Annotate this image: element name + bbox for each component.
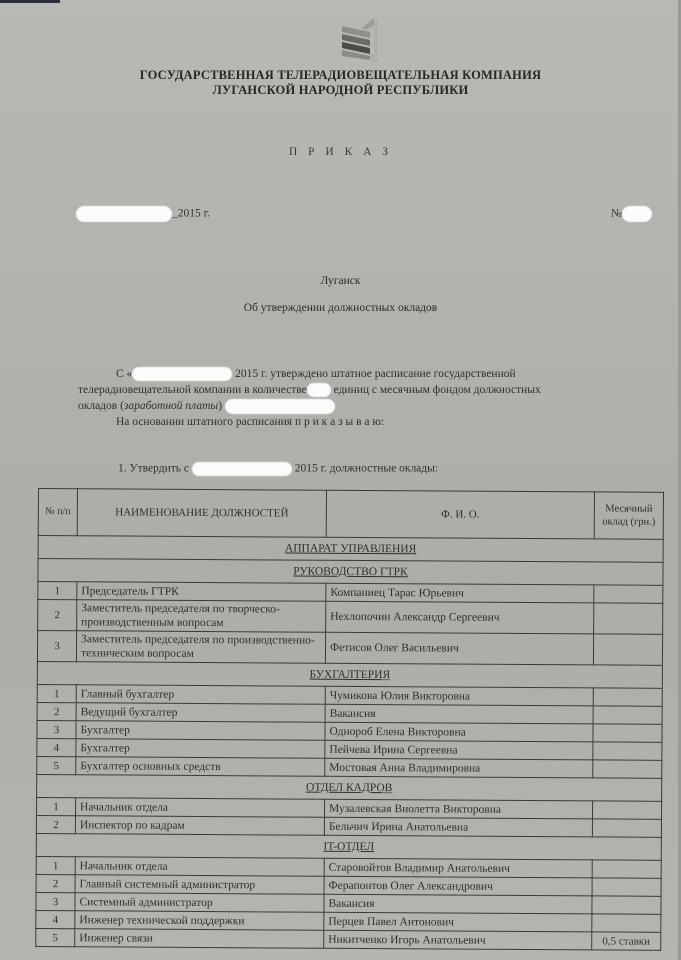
position-cell: Начальник отдела bbox=[75, 798, 324, 818]
col-header-fio: Ф. И. О. bbox=[326, 490, 594, 539]
fio-cell: Старовойтов Владимир Анатольевич bbox=[324, 858, 592, 878]
preamble-text: телерадиовещательной компании в количест… bbox=[78, 384, 307, 396]
position-cell: Заместитель председателя по творческо-пр… bbox=[77, 600, 326, 633]
order-number-label: № bbox=[611, 208, 622, 220]
item-text: 1. Утвердить с bbox=[118, 463, 189, 475]
row-number: 5 bbox=[37, 756, 76, 774]
order-city: Луганск bbox=[0, 275, 681, 287]
table-row: 2Заместитель председателя по творческо-п… bbox=[38, 600, 663, 635]
redacted-count bbox=[307, 383, 331, 397]
salary-cell bbox=[594, 585, 663, 603]
fio-cell: Однороб Елена Викторовна bbox=[325, 722, 593, 742]
col-header-salary: Месячный оклад (грн.) bbox=[594, 492, 663, 539]
staff-salary-table: № п/п НАИМЕНОВАНИЕ ДОЛЖНОСТЕЙ Ф. И. О. М… bbox=[35, 488, 664, 951]
salary-cell bbox=[592, 914, 661, 932]
fio-cell: Никитченко Игорь Анатольевич bbox=[324, 930, 592, 950]
salary-cell bbox=[593, 688, 662, 706]
position-cell: Инспектор по кадрам bbox=[75, 816, 324, 836]
salary-cell bbox=[593, 706, 662, 724]
preamble-paragraph: С « 2015 г. утверждено штатное расписани… bbox=[78, 366, 668, 430]
position-cell: Главный системный администратор bbox=[75, 875, 324, 895]
position-cell: Председатель ГТРК bbox=[77, 582, 326, 602]
position-cell: Инженер связи bbox=[75, 929, 324, 949]
row-number: 1 bbox=[36, 797, 75, 815]
fio-cell: Вакансия bbox=[324, 894, 592, 914]
background-edge bbox=[0, 0, 60, 3]
row-number: 3 bbox=[37, 720, 76, 738]
redacted-number bbox=[622, 206, 652, 222]
row-number: 1 bbox=[37, 684, 76, 702]
fio-cell: Мостовая Анна Владимировна bbox=[325, 758, 593, 778]
order-date: _2015 г. bbox=[76, 206, 210, 222]
row-number: 2 bbox=[36, 874, 75, 892]
redacted-amount bbox=[225, 399, 335, 414]
fio-cell: Перцев Павел Антонович bbox=[324, 912, 592, 932]
table-row: 5Инженер связиНикитченко Игорь Анатольев… bbox=[36, 928, 661, 950]
order-subject: Об утверждении должностных окладов bbox=[0, 302, 681, 314]
preamble-text: единиц с месячным фондом должностных bbox=[334, 384, 541, 396]
order-directive: На основании штатного расписания п р и к… bbox=[78, 414, 668, 430]
row-number: 2 bbox=[38, 600, 77, 631]
org-name-line1: ГОСУДАРСТВЕННАЯ ТЕЛЕРАДИОВЕЩАТЕЛЬНАЯ КОМ… bbox=[0, 68, 681, 83]
salary-cell bbox=[592, 878, 661, 896]
row-number: 1 bbox=[38, 582, 77, 600]
redacted-date bbox=[192, 462, 292, 476]
row-number: 5 bbox=[36, 928, 75, 946]
row-number: 3 bbox=[36, 892, 75, 910]
salary-cell bbox=[593, 760, 662, 778]
fio-cell: Нехлопочин Александр Сергеевич bbox=[326, 601, 594, 634]
fio-cell: Фетисов Олег Васильевич bbox=[325, 632, 593, 665]
salary-cell: 0,5 ставки bbox=[592, 932, 661, 950]
table-header-row: № п/п НАИМЕНОВАНИЕ ДОЛЖНОСТЕЙ Ф. И. О. М… bbox=[38, 489, 663, 540]
position-cell: Бухгалтер основных средств bbox=[76, 757, 325, 777]
preamble-text: ) bbox=[218, 400, 222, 412]
row-number: 4 bbox=[37, 738, 76, 756]
fio-cell: Компаниец Тарас Юрьевич bbox=[326, 583, 594, 603]
salary-cell bbox=[592, 801, 661, 819]
row-number: 3 bbox=[37, 631, 76, 662]
salary-cell bbox=[593, 724, 662, 742]
table-row: 3Заместитель председателя по производств… bbox=[37, 631, 662, 666]
salary-cell bbox=[592, 896, 661, 914]
row-number: 2 bbox=[37, 702, 76, 720]
row-number: 1 bbox=[36, 856, 75, 874]
position-cell: Заместитель председателя по производстве… bbox=[76, 631, 325, 664]
fio-cell: Чумикова Юлия Викторовна bbox=[325, 686, 593, 706]
row-number: 2 bbox=[36, 815, 75, 833]
redacted-date bbox=[132, 367, 232, 381]
order-item-1: 1. Утвердить с 2015 г. должностные оклад… bbox=[118, 462, 438, 476]
position-cell: Инженер технической поддержки bbox=[75, 911, 324, 931]
preamble-text: С « bbox=[116, 368, 132, 380]
col-header-num: № п/п bbox=[38, 489, 77, 536]
position-cell: Бухгалтер bbox=[76, 721, 325, 741]
salary-cell bbox=[593, 634, 662, 665]
salary-cell bbox=[593, 742, 662, 760]
item-text: 2015 г. должностные оклады: bbox=[295, 463, 438, 475]
position-cell: Главный бухгалтер bbox=[76, 685, 325, 705]
preamble-text: 2015 г. утверждено штатное расписание го… bbox=[235, 368, 515, 380]
ltrk-logo-icon bbox=[340, 18, 380, 62]
position-cell: Начальник отдела bbox=[75, 857, 324, 877]
salary-cell bbox=[592, 860, 661, 878]
fio-cell: Ферапонтов Олег Александрович bbox=[324, 876, 592, 896]
col-header-position: НАИМЕНОВАНИЕ ДОЛЖНОСТЕЙ bbox=[77, 489, 326, 538]
position-cell: Системный администратор bbox=[75, 893, 324, 913]
position-cell: Бухгалтер bbox=[76, 739, 325, 759]
org-name-line2: ЛУГАНСКОЙ НАРОДНОЙ РЕСПУБЛИКИ bbox=[0, 83, 681, 98]
document-page: ГОСУДАРСТВЕННАЯ ТЕЛЕРАДИОВЕЩАТЕЛЬНАЯ КОМ… bbox=[0, 0, 681, 960]
position-cell: Ведущий бухгалтер bbox=[76, 703, 325, 723]
preamble-text: окладов ( bbox=[78, 400, 124, 412]
order-date-year: _2015 г. bbox=[172, 208, 210, 220]
fio-cell: Бельчич Ирина Анатольевна bbox=[324, 817, 592, 837]
salary-cell bbox=[594, 603, 663, 634]
row-number: 4 bbox=[36, 910, 75, 928]
fio-cell: Вакансия bbox=[325, 704, 593, 724]
redacted-date bbox=[76, 206, 172, 222]
order-number: № bbox=[611, 206, 652, 222]
order-title: П Р И К А З bbox=[0, 146, 681, 158]
fio-cell: Музалевская Виолетта Викторовна bbox=[324, 799, 592, 819]
salary-cell bbox=[592, 819, 661, 837]
preamble-italic: заработной платы bbox=[124, 400, 218, 412]
fio-cell: Пейчева Ирина Сергеевна bbox=[325, 740, 593, 760]
